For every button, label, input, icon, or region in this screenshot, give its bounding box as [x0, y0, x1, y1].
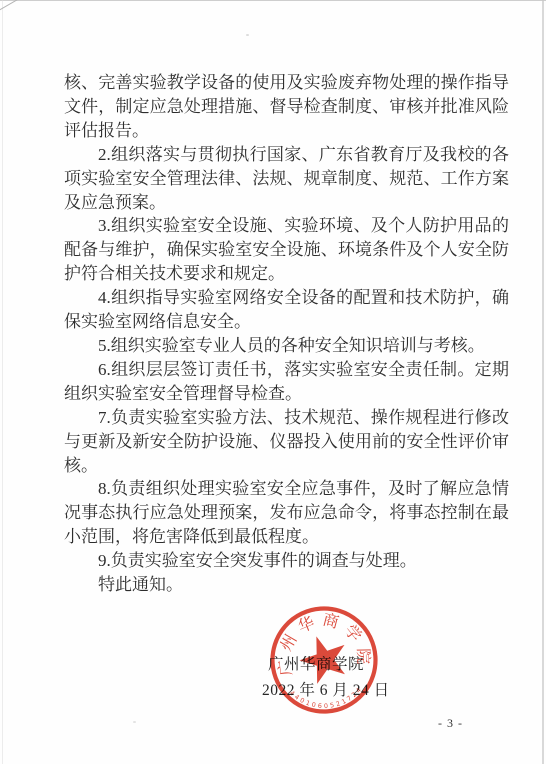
- official-seal-stamp: 广州华商学院 4401060521724: [264, 600, 384, 720]
- body-paragraph: 3.组织实验室安全设施、实验环境、及个人防护用品的配备与维护，确保实验室安全设施…: [64, 214, 509, 286]
- body-paragraph: 8.负责组织处理实验室安全应急事件，及时了解应急情况事态执行应急处理预案，发布应…: [64, 477, 509, 549]
- body-paragraph: 5.组织实验室专业人员的各种安全知识培训与考核。: [64, 334, 509, 358]
- body-paragraph: 核、完善实验教学设备的使用及实验废弃物处理的操作指导文件，制定应急处理措施、督导…: [64, 71, 509, 143]
- scan-edge-top-line: [0, 0, 546, 1]
- document-page: 核、完善实验教学设备的使用及实验废弃物处理的操作指导文件，制定应急处理措施、督导…: [0, 0, 546, 764]
- body-paragraph: 特此通知。: [64, 573, 509, 597]
- body-paragraph: 7.负责实验室实验方法、技术规范、操作规程进行修改与更新及新安全防护设施、仪器投…: [64, 406, 509, 478]
- scan-edge-left-line: [2, 0, 3, 764]
- body-paragraph: 9.负责实验室安全突发事件的调查与处理。: [64, 549, 509, 573]
- scan-corner-fold-line: [0, 0, 21, 11]
- body-paragraph: 2.组织落实与贯彻执行国家、广东省教育厅及我校的各项实验室安全管理法律、法规、规…: [64, 143, 509, 215]
- body-paragraph: 4.组织指导实验室网络安全设备的配置和技术防护，确保实验室网络信息安全。: [64, 286, 509, 334]
- seal-serial-number: 4401060521724: [288, 685, 366, 713]
- body-paragraph: 6.组织层层签订责任书，落实实验室安全责任制。定期组织实验室安全管理督导检查。: [64, 358, 509, 406]
- page-number: - 3 -: [438, 716, 463, 731]
- scan-speck: [246, 34, 249, 36]
- scan-speck: [133, 721, 136, 723]
- document-body-text: 核、完善实验教学设备的使用及实验废弃物处理的操作指导文件，制定应急处理措施、督导…: [64, 71, 509, 597]
- scan-edge-right-line: [542, 0, 544, 764]
